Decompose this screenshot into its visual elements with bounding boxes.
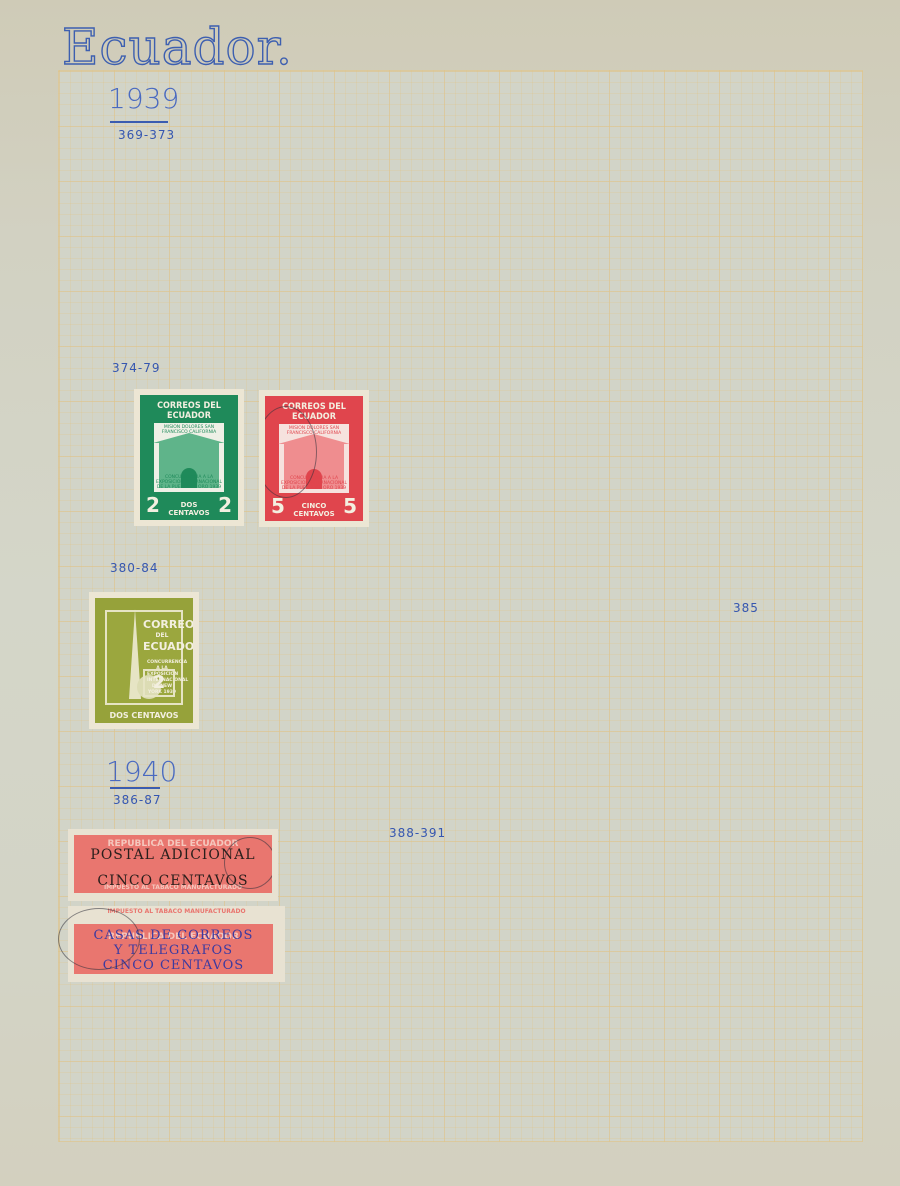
year-heading-1939: 1939 — [108, 82, 179, 115]
stamp-header-line3: ECUADOR — [143, 640, 181, 653]
stamp-new-york-fair-2c: CORREOS DEL ECUADOR CONCURRENCIA A LA EX… — [89, 592, 199, 729]
postmark-cancel — [224, 837, 272, 889]
stamp-value: 2 — [143, 669, 175, 697]
stamp-value-right: 2 — [218, 493, 232, 517]
year-underline — [110, 787, 160, 789]
page-title: Ecuador. — [62, 18, 293, 76]
catalog-range-388-391: 388-391 — [389, 826, 446, 840]
stamp-casas-de-correos-overprint: IMPUESTO AL TABACO MANUFACTURADO REPUBLI… — [68, 906, 285, 982]
stamp-mision-dolores-5c: CORREOS DEL ECUADOR MISION DOLORES SAN F… — [259, 390, 369, 527]
stamp-denomination: DOS CENTAVOS — [168, 501, 210, 517]
stamp-header: CORREOS DEL ECUADOR — [140, 401, 238, 421]
year-underline — [110, 121, 168, 123]
stamp-postal-adicional-overprint: REPUBLICA DEL ECUADOR IMPUESTO AL TABACO… — [68, 829, 278, 901]
stamp-denomination: CINCO CENTAVOS — [293, 502, 335, 518]
stamp-mision-dolores-2c: CORREOS DEL ECUADOR MISION DOLORES SAN F… — [134, 389, 244, 526]
catalog-range-386-87: 386-87 — [113, 793, 162, 807]
stamp-value-right: 5 — [343, 494, 357, 518]
catalog-number-385: 385 — [733, 601, 759, 615]
stamp-value-left: 2 — [146, 493, 160, 517]
stamp-header-line1: CORREOS — [143, 618, 181, 631]
catalog-range-369-373: 369-373 — [118, 128, 175, 142]
stamp-caption: CONCURRENCIA A LA EXPOSICION INTERNACION… — [154, 475, 224, 490]
postmark-cancel — [58, 908, 140, 970]
catalog-range-380-84: 380-84 — [110, 561, 159, 575]
stamp-header-line2: DEL — [143, 632, 181, 639]
stamp-denomination: DOS CENTAVOS — [95, 712, 193, 720]
catalog-range-374-79: 374-79 — [112, 361, 161, 375]
year-heading-1940: 1940 — [106, 755, 177, 788]
